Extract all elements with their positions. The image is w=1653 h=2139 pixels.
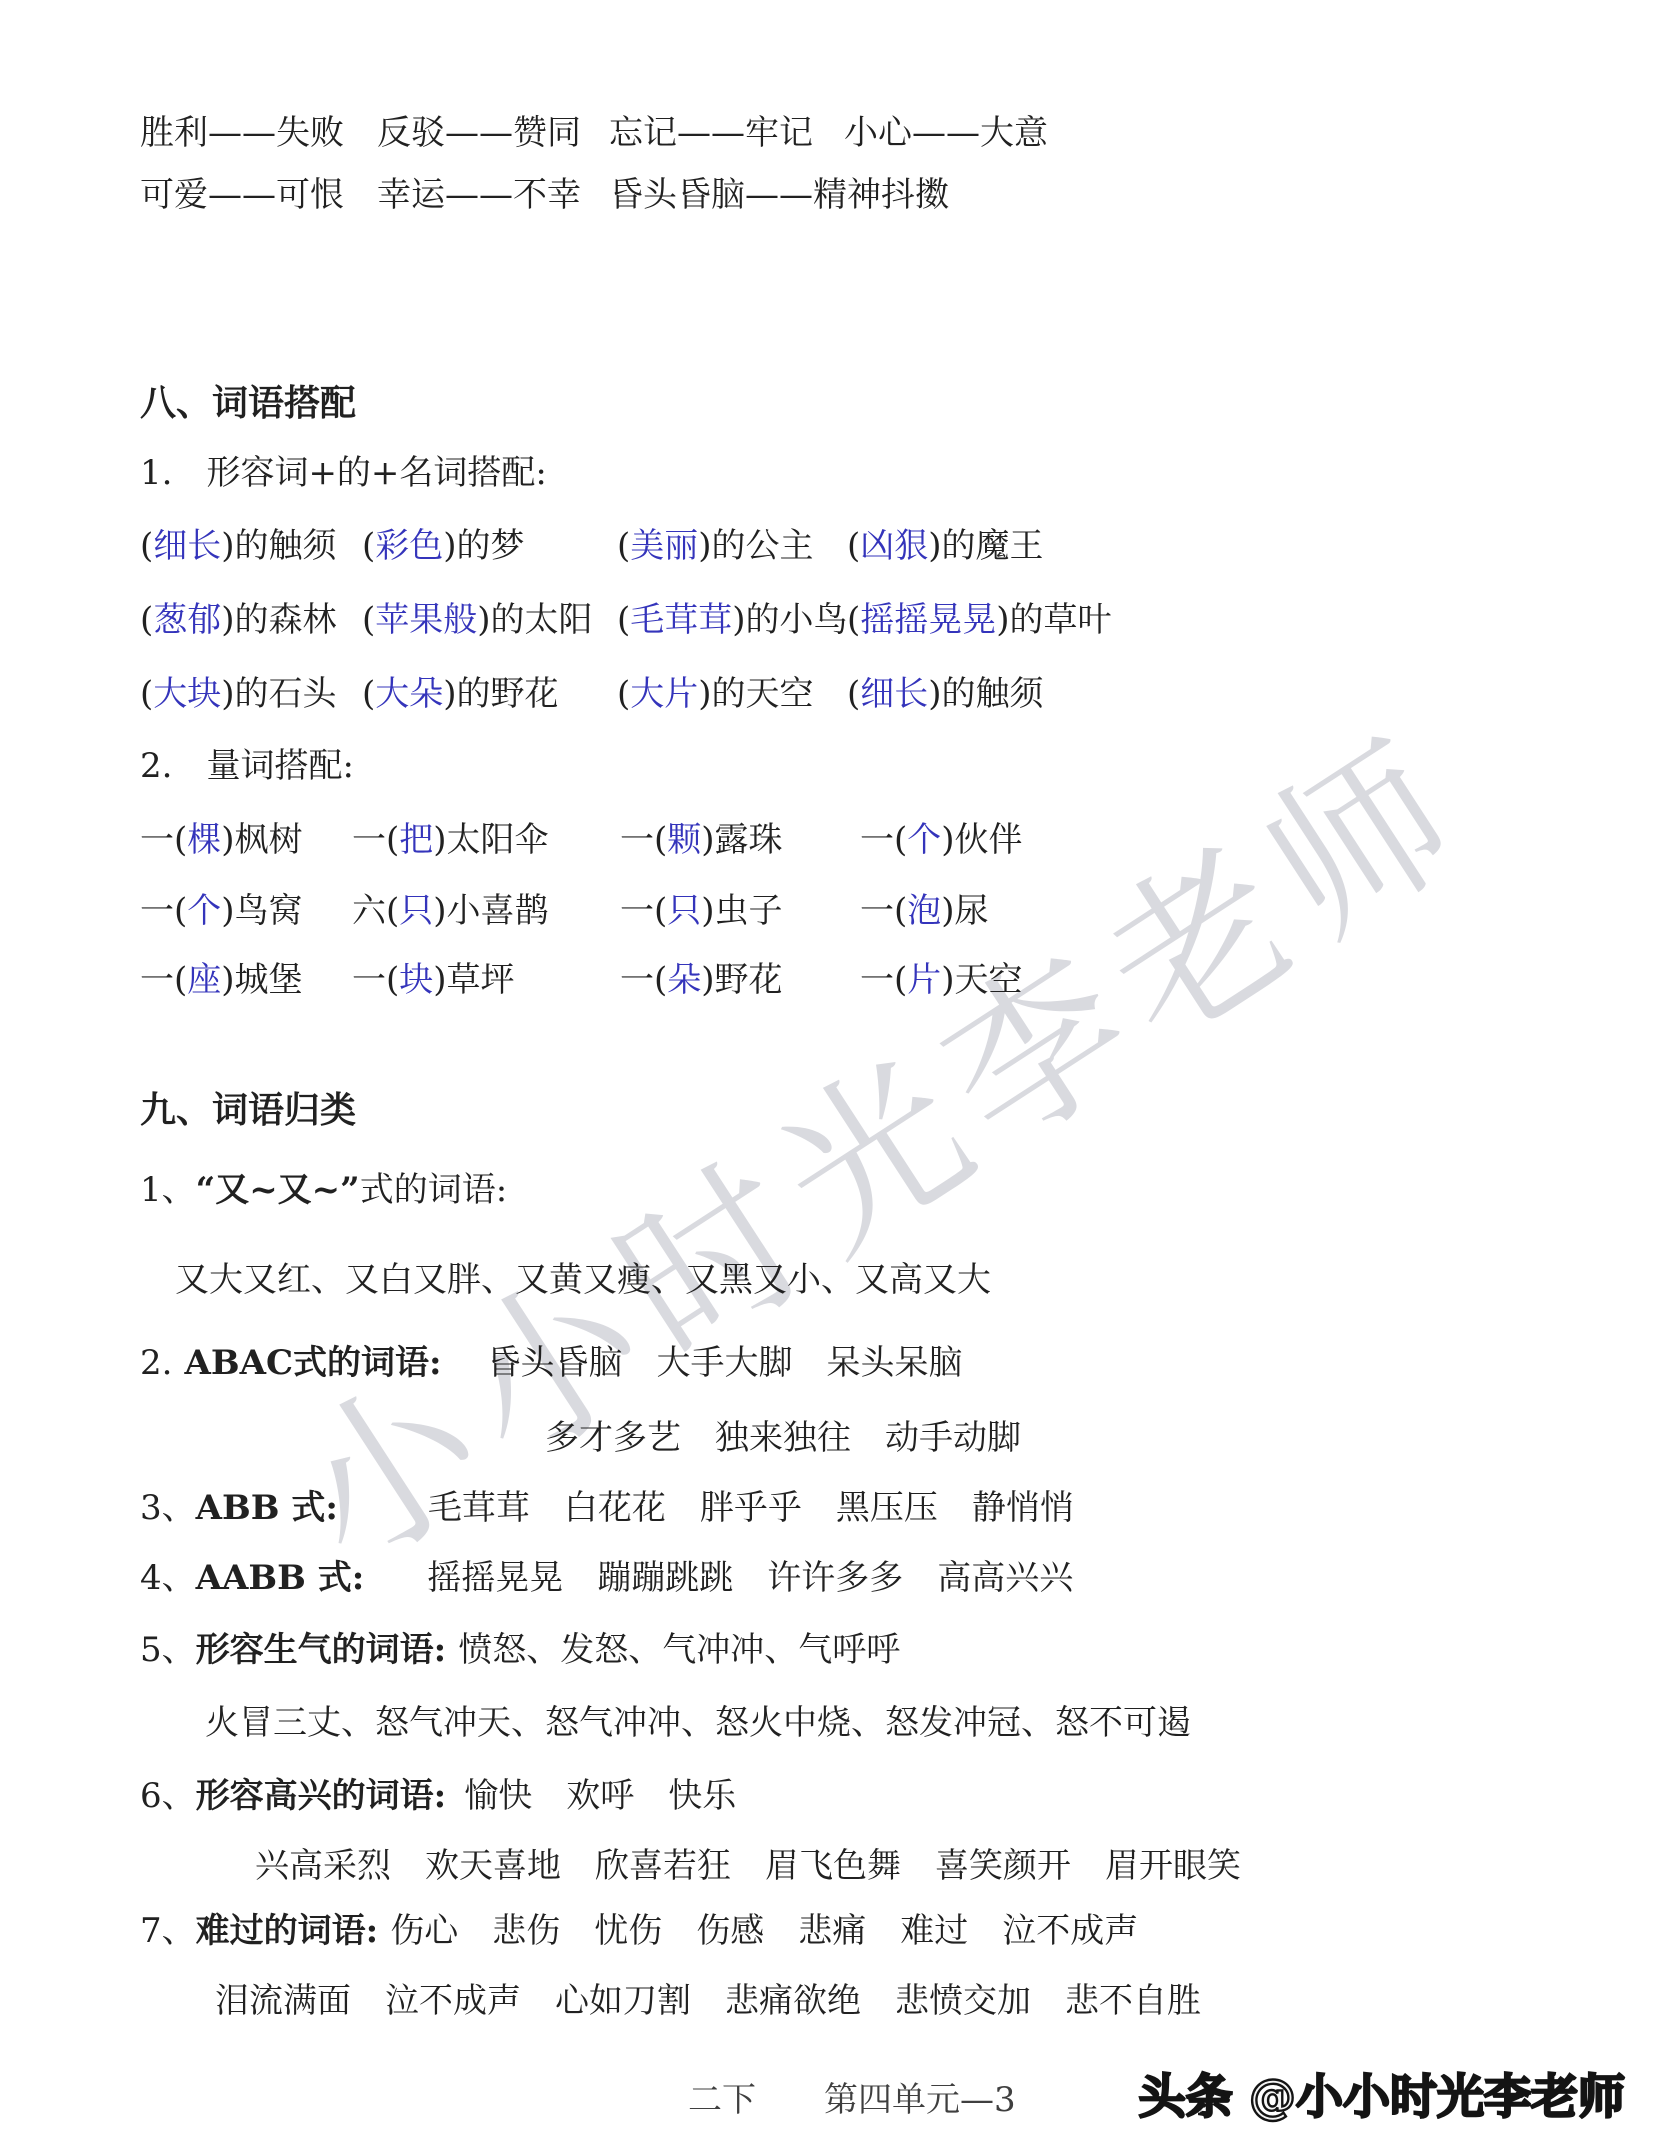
measure-item: 一(块)草坪 xyxy=(352,955,620,1005)
category-item-1-words: 又大又红、又白又胖、又黄又瘦、又黑又小、又高又大 xyxy=(175,1255,1598,1305)
measure-word: 个 xyxy=(907,820,941,860)
number-part: 一 xyxy=(620,891,654,931)
paren-close: ) xyxy=(941,820,954,860)
paren-close: ) xyxy=(698,526,711,566)
noun-part: 的天空 xyxy=(712,674,814,714)
item-number: 3、 xyxy=(140,1488,196,1528)
measure-word: 只 xyxy=(667,891,701,931)
paren-open: ( xyxy=(386,820,399,860)
adjective-word: 苹果般 xyxy=(375,600,477,640)
adjective-word: 毛茸茸 xyxy=(630,600,732,640)
collocation-item: (美丽)的公主 xyxy=(617,521,847,571)
noun-part: 的梦 xyxy=(457,526,525,566)
measure-item: 一(朵)野花 xyxy=(620,955,860,1005)
paren-close: ) xyxy=(928,674,941,714)
antonym-row: 胜利——失败 反驳——赞同 忘记——牢记 小心——大意 xyxy=(140,108,1598,158)
paren-close: ) xyxy=(221,600,234,640)
noun-part: 虫子 xyxy=(715,891,783,931)
paren-close: ) xyxy=(928,526,941,566)
item-number: 1、 xyxy=(140,1170,196,1210)
paren-close: ) xyxy=(698,674,711,714)
paren-close: ) xyxy=(701,891,714,931)
measure-word: 座 xyxy=(187,960,221,1000)
noun-part: 城堡 xyxy=(235,960,303,1000)
item-label: “又~又~” xyxy=(196,1170,360,1210)
number-part: 一 xyxy=(860,820,894,860)
item-label: AABB 式: xyxy=(196,1558,365,1598)
category-item-6: 6、形容高兴的词语:愉快 欢呼 快乐 xyxy=(140,1771,1598,1821)
antonym-pair: 胜利——失败 xyxy=(140,108,377,158)
measure-word: 棵 xyxy=(187,820,221,860)
word-list: 愤怒、发怒、气冲冲、气呼呼 xyxy=(458,1630,900,1670)
noun-part: 的触须 xyxy=(942,674,1044,714)
item-number: 2. xyxy=(140,1343,172,1383)
paren-close: ) xyxy=(433,891,446,931)
collocation-item: (大朵)的野花 xyxy=(362,669,617,719)
measure-item: 一(把)太阳伞 xyxy=(352,815,620,865)
noun-part: 野花 xyxy=(715,960,783,1000)
antonym-pair: 反驳——赞同 xyxy=(377,108,609,158)
item-label: ABAC式的词语: xyxy=(184,1343,441,1383)
collocation-item: (彩色)的梦 xyxy=(362,521,617,571)
adjective-word: 摇摇晃晃 xyxy=(860,600,996,640)
item-number: 6、 xyxy=(140,1776,196,1816)
paren-close: ) xyxy=(221,891,234,931)
worksheet-page: 小小时光李老师 胜利——失败 反驳——赞同 忘记——牢记 小心——大意 可爱——… xyxy=(0,0,1653,2139)
paren-open: ( xyxy=(140,526,153,566)
paren-close: ) xyxy=(477,600,490,640)
collocation-item: (凶狠)的魔王 xyxy=(847,521,1598,571)
antonym-pair: 可爱——可恨 xyxy=(140,170,377,220)
noun-part: 的森林 xyxy=(235,600,337,640)
adjective-word: 大朵 xyxy=(375,674,443,714)
category-item-2-words: 多才多艺 独来独往 动手动脚 xyxy=(545,1413,1598,1463)
paren-open: ( xyxy=(894,960,907,1000)
paren-open: ( xyxy=(362,526,375,566)
collocation-item: (细长)的触须 xyxy=(847,669,1598,719)
page-footer-unit-label: 二下 第四单元—3 xyxy=(688,2072,1016,2121)
number-part: 一 xyxy=(352,960,386,1000)
category-item-3: 3、ABB 式:毛茸茸 白花花 胖乎乎 黑压压 静悄悄 xyxy=(140,1483,1598,1533)
noun-part: 的野花 xyxy=(457,674,559,714)
measure-row: 一(棵)枫树 一(把)太阳伞 一(颗)露珠 一(个)伙伴 xyxy=(140,815,1598,865)
measure-item: 一(棵)枫树 xyxy=(140,815,352,865)
measure-item: 一(座)城堡 xyxy=(140,955,352,1005)
measure-word: 把 xyxy=(399,820,433,860)
paren-open: ( xyxy=(654,960,667,1000)
paren-open: ( xyxy=(617,674,630,714)
number-part: 一 xyxy=(860,960,894,1000)
measure-word: 泡 xyxy=(907,891,941,931)
paren-open: ( xyxy=(847,600,860,640)
section-9-heading: 九、词语归类 xyxy=(140,1085,1598,1135)
number-part: 六 xyxy=(352,891,386,931)
collocation-item: (大片)的天空 xyxy=(617,669,847,719)
measure-item: 一(泡)尿 xyxy=(860,886,1598,936)
category-item-2: 2.ABAC式的词语:昏头昏脑 大手大脚 呆头呆脑 xyxy=(140,1338,1598,1388)
paren-open: ( xyxy=(174,960,187,1000)
paren-open: ( xyxy=(174,820,187,860)
adjective-word: 凶狠 xyxy=(860,526,928,566)
number-part: 一 xyxy=(860,891,894,931)
item-label-rest: 式的词语: xyxy=(360,1170,507,1210)
item-number: 5、 xyxy=(140,1630,196,1670)
paren-close: ) xyxy=(221,960,234,1000)
collocation-item: (摇摇晃晃)的草叶 xyxy=(847,595,1598,645)
noun-part: 的魔王 xyxy=(942,526,1044,566)
adjective-row: (葱郁)的森林 (苹果般)的太阳 (毛茸茸)的小鸟 (摇摇晃晃)的草叶 xyxy=(140,595,1598,645)
paren-open: ( xyxy=(617,526,630,566)
paren-open: ( xyxy=(617,600,630,640)
section-8-heading: 八、词语搭配 xyxy=(140,378,1598,428)
noun-part: 的小鸟 xyxy=(746,600,848,640)
measure-word: 块 xyxy=(399,960,433,1000)
category-item-5-words: 火冒三丈、怒气冲天、怒气冲冲、怒火中烧、怒发冲冠、怒不可遏 xyxy=(205,1698,1598,1748)
paren-open: ( xyxy=(386,891,399,931)
antonym-pair: 幸运——不幸 xyxy=(377,170,609,220)
category-item-5: 5、形容生气的词语:愤怒、发怒、气冲冲、气呼呼 xyxy=(140,1625,1598,1675)
adjective-row: (大块)的石头 (大朵)的野花 (大片)的天空 (细长)的触须 xyxy=(140,669,1598,719)
number-part: 一 xyxy=(140,891,174,931)
paren-open: ( xyxy=(140,600,153,640)
noun-part: 的草叶 xyxy=(1010,600,1112,640)
antonym-pair: 忘记——牢记 xyxy=(609,108,844,158)
paren-open: ( xyxy=(894,891,907,931)
item-number: 4、 xyxy=(140,1558,196,1598)
measure-word: 颗 xyxy=(667,820,701,860)
number-part: 一 xyxy=(620,820,654,860)
measure-item: 一(个)鸟窝 xyxy=(140,886,352,936)
measure-item: 一(颗)露珠 xyxy=(620,815,860,865)
adjective-word: 细长 xyxy=(860,674,928,714)
noun-part: 的触须 xyxy=(235,526,337,566)
measure-item: 一(个)伙伴 xyxy=(860,815,1598,865)
paren-close: ) xyxy=(996,600,1009,640)
noun-part: 的石头 xyxy=(235,674,337,714)
antonym-pair: 昏头昏脑——精神抖擞 xyxy=(609,170,1598,220)
paren-open: ( xyxy=(386,960,399,1000)
paren-open: ( xyxy=(894,820,907,860)
adjective-word: 大块 xyxy=(153,674,221,714)
noun-part: 的太阳 xyxy=(491,600,593,640)
noun-part: 露珠 xyxy=(715,820,783,860)
adjective-word: 彩色 xyxy=(375,526,443,566)
collocation-item: (大块)的石头 xyxy=(140,669,362,719)
measure-word: 个 xyxy=(187,891,221,931)
paren-open: ( xyxy=(362,600,375,640)
collocation-item: (毛茸茸)的小鸟 xyxy=(617,595,847,645)
paren-close: ) xyxy=(732,600,745,640)
noun-part: 枫树 xyxy=(235,820,303,860)
item-label: ABB 式: xyxy=(196,1488,338,1528)
paren-open: ( xyxy=(140,674,153,714)
word-list: 昏头昏脑 大手大脚 呆头呆脑 xyxy=(487,1343,963,1383)
category-item-4: 4、AABB 式:摇摇晃晃 蹦蹦跳跳 许许多多 高高兴兴 xyxy=(140,1553,1598,1603)
noun-part: 的公主 xyxy=(712,526,814,566)
item-label: 形容生气的词语: xyxy=(196,1630,447,1670)
noun-part: 太阳伞 xyxy=(447,820,549,860)
measure-item: 一(片)天空 xyxy=(860,955,1598,1005)
paren-close: ) xyxy=(941,891,954,931)
number-part: 一 xyxy=(620,960,654,1000)
antonym-pair: 小心——大意 xyxy=(844,108,1598,158)
category-item-7-words: 泪流满面 泣不成声 心如刀割 悲痛欲绝 悲愤交加 悲不自胜 xyxy=(215,1976,1598,2026)
paren-open: ( xyxy=(362,674,375,714)
section-8-sub1: 1. 形容词+的+名词搭配: xyxy=(140,448,1598,498)
measure-row: 一(座)城堡 一(块)草坪 一(朵)野花 一(片)天空 xyxy=(140,955,1598,1005)
paren-close: ) xyxy=(701,960,714,1000)
paren-close: ) xyxy=(701,820,714,860)
paren-close: ) xyxy=(433,960,446,1000)
measure-row: 一(个)鸟窝 六(只)小喜鹊 一(只)虫子 一(泡)尿 xyxy=(140,886,1598,936)
paren-open: ( xyxy=(654,891,667,931)
number-part: 一 xyxy=(140,960,174,1000)
paren-close: ) xyxy=(941,960,954,1000)
page-content: 胜利——失败 反驳——赞同 忘记——牢记 小心——大意 可爱——可恨 幸运——不… xyxy=(0,0,1653,2026)
word-list: 愉快 欢呼 快乐 xyxy=(464,1776,736,1816)
adjective-word: 葱郁 xyxy=(153,600,221,640)
paren-open: ( xyxy=(654,820,667,860)
paren-close: ) xyxy=(443,674,456,714)
collocation-item: (苹果般)的太阳 xyxy=(362,595,617,645)
paren-close: ) xyxy=(221,820,234,860)
paren-close: ) xyxy=(443,526,456,566)
paren-open: ( xyxy=(847,674,860,714)
noun-part: 伙伴 xyxy=(955,820,1023,860)
item-label: 难过的词语: xyxy=(196,1911,379,1951)
paren-close: ) xyxy=(221,674,234,714)
paren-close: ) xyxy=(221,526,234,566)
collocation-item: (细长)的触须 xyxy=(140,521,362,571)
number-part: 一 xyxy=(140,820,174,860)
category-item-7: 7、难过的词语:伤心 悲伤 忧伤 伤感 悲痛 难过 泣不成声 xyxy=(140,1906,1598,1956)
measure-word: 只 xyxy=(399,891,433,931)
antonym-row: 可爱——可恨 幸运——不幸 昏头昏脑——精神抖擞 xyxy=(140,170,1598,220)
measure-item: 一(只)虫子 xyxy=(620,886,860,936)
category-item-1: 1、“又~又~”式的词语: xyxy=(140,1165,1598,1215)
number-part: 一 xyxy=(352,820,386,860)
paren-close: ) xyxy=(433,820,446,860)
noun-part: 天空 xyxy=(955,960,1023,1000)
category-item-6-words: 兴高采烈 欢天喜地 欣喜若狂 眉飞色舞 喜笑颜开 眉开眼笑 xyxy=(255,1841,1598,1891)
word-list: 伤心 悲伤 忧伤 伤感 悲痛 难过 泣不成声 xyxy=(390,1911,1138,1951)
word-list: 摇摇晃晃 蹦蹦跳跳 许许多多 高高兴兴 xyxy=(427,1558,1073,1598)
measure-word: 朵 xyxy=(667,960,701,1000)
adjective-row: (细长)的触须 (彩色)的梦 (美丽)的公主 (凶狠)的魔王 xyxy=(140,521,1598,571)
paren-open: ( xyxy=(174,891,187,931)
measure-word: 片 xyxy=(907,960,941,1000)
paren-open: ( xyxy=(847,526,860,566)
noun-part: 草坪 xyxy=(447,960,515,1000)
adjective-word: 大片 xyxy=(630,674,698,714)
noun-part: 小喜鹊 xyxy=(447,891,549,931)
adjective-word: 细长 xyxy=(153,526,221,566)
word-list: 毛茸茸 白花花 胖乎乎 黑压压 静悄悄 xyxy=(428,1488,1074,1528)
item-number: 7、 xyxy=(140,1911,196,1951)
section-8-sub2: 2. 量词搭配: xyxy=(140,741,1598,791)
item-label: 形容高兴的词语: xyxy=(196,1776,447,1816)
noun-part: 尿 xyxy=(955,891,989,931)
collocation-item: (葱郁)的森林 xyxy=(140,595,362,645)
measure-item: 六(只)小喜鹊 xyxy=(352,886,620,936)
noun-part: 鸟窝 xyxy=(235,891,303,931)
adjective-word: 美丽 xyxy=(630,526,698,566)
author-watermark-badge: 头条 @小小时光李老师 xyxy=(1139,2060,1625,2127)
